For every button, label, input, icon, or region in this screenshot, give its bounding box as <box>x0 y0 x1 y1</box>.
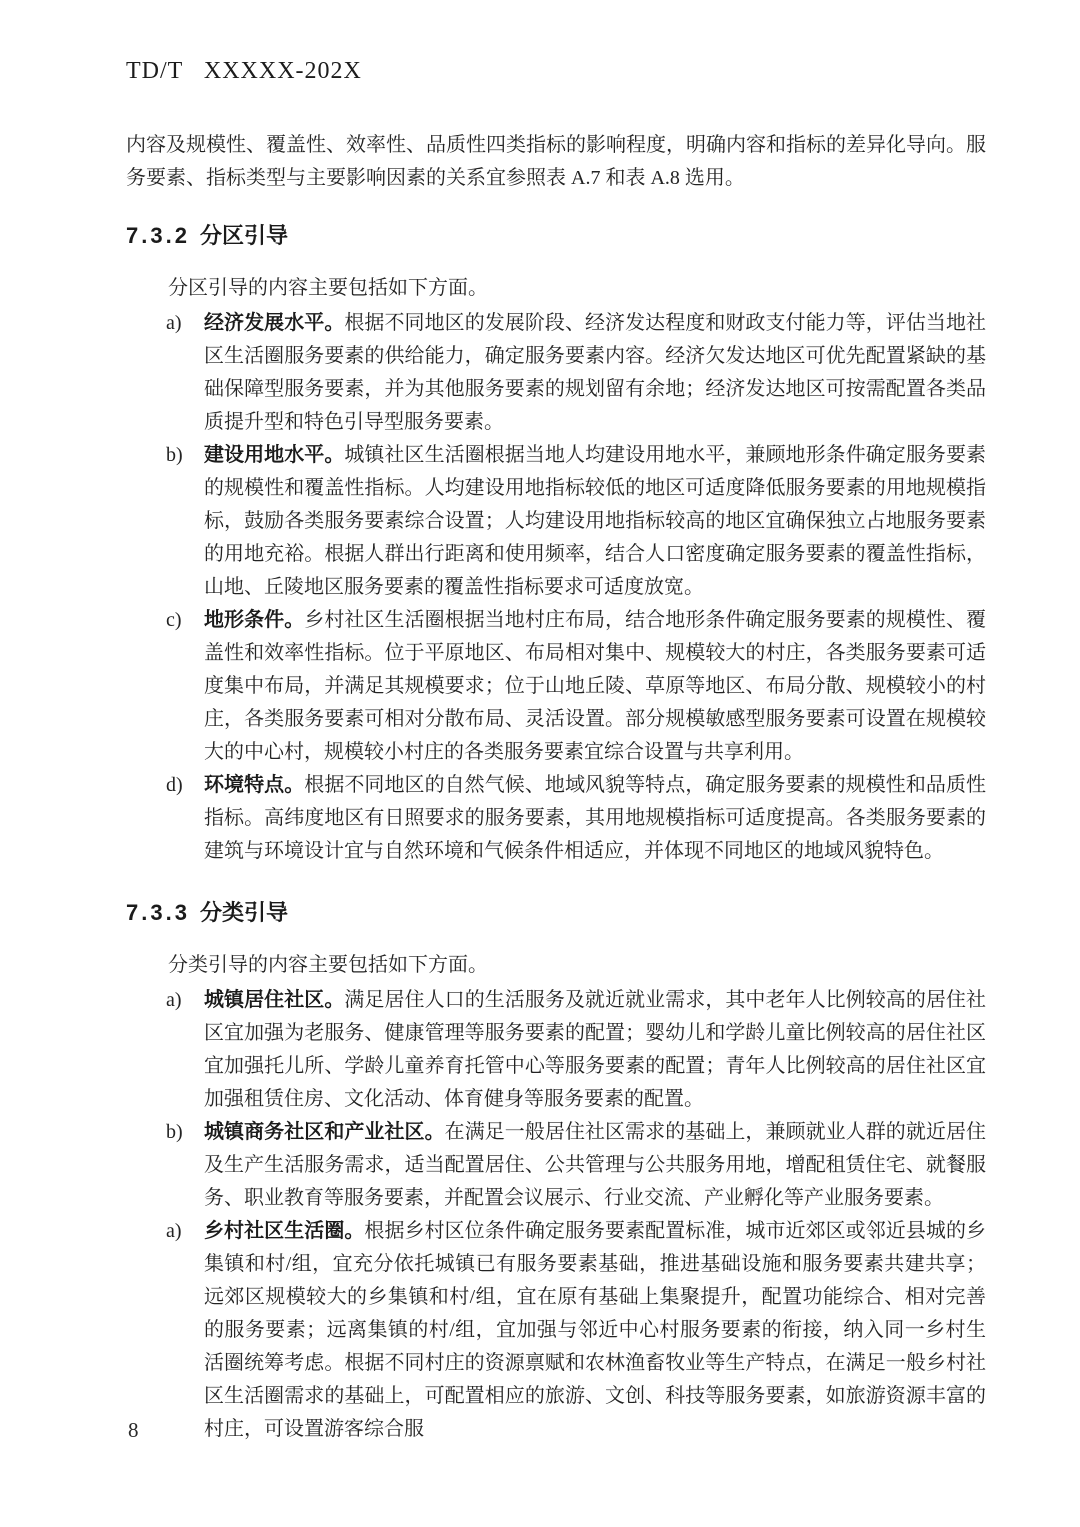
list-item-label: 城镇商务社区和产业社区。 <box>204 1121 445 1143</box>
section-heading-7-3-3: 7.3.3分类引导 <box>126 896 986 927</box>
list-item-content: 环境特点。根据不同地区的自然气候、地域风貌等特点，确定服务要素的规模性和品质性指… <box>204 769 986 868</box>
list-marker: a) <box>166 307 204 439</box>
list-item-text: 城镇社区生活圈根据当地人均建设用地水平，兼顾地形条件确定服务要素的规模性和覆盖性… <box>204 444 986 598</box>
document-code: TD/T XXXXX-202X <box>126 58 986 85</box>
list-item: a) 经济发展水平。根据不同地区的发展阶段、经济发达程度和财政支付能力等，评估当… <box>126 307 986 439</box>
document-page: TD/T XXXXX-202X 内容及规模性、覆盖性、效率性、品质性四类指标的影… <box>0 0 1080 1527</box>
list-item-label: 环境特点。 <box>204 774 304 796</box>
list-item-label: 经济发展水平。 <box>204 312 344 334</box>
list-marker: d) <box>166 769 204 868</box>
list-marker: c) <box>166 604 204 769</box>
section-intro: 分区引导的内容主要包括如下方面。 <box>126 272 986 305</box>
list-item-content: 地形条件。乡村社区生活圈根据当地村庄布局，结合地形条件确定服务要素的规模性、覆盖… <box>204 604 986 769</box>
list-item-content: 建设用地水平。城镇社区生活圈根据当地人均建设用地水平，兼顾地形条件确定服务要素的… <box>204 439 986 604</box>
lead-paragraph: 内容及规模性、覆盖性、效率性、品质性四类指标的影响程度，明确内容和指标的差异化导… <box>126 129 986 195</box>
list-item-label: 乡村社区生活圈。 <box>204 1220 364 1242</box>
list-item-content: 乡村社区生活圈。根据乡村区位条件确定服务要素配置标准，城市近郊区或邻近县城的乡集… <box>204 1215 986 1446</box>
list-item-content: 经济发展水平。根据不同地区的发展阶段、经济发达程度和财政支付能力等，评估当地社区… <box>204 307 986 439</box>
section-title: 分类引导 <box>200 900 288 925</box>
section-heading-7-3-2: 7.3.2分区引导 <box>126 219 986 250</box>
list-marker: b) <box>166 1116 204 1215</box>
list-item: b) 建设用地水平。城镇社区生活圈根据当地人均建设用地水平，兼顾地形条件确定服务… <box>126 439 986 604</box>
section-intro: 分类引导的内容主要包括如下方面。 <box>126 949 986 982</box>
list-item: c) 地形条件。乡村社区生活圈根据当地村庄布局，结合地形条件确定服务要素的规模性… <box>126 604 986 769</box>
section-number: 7.3.2 <box>126 223 190 248</box>
list-item: b) 城镇商务社区和产业社区。在满足一般居住社区需求的基础上，兼顾就业人群的就近… <box>126 1116 986 1215</box>
list-item-text: 根据乡村区位条件确定服务要素配置标准，城市近郊区或邻近县城的乡集镇和村/组，宜充… <box>204 1220 986 1440</box>
list-item: a) 城镇居住社区。满足居住人口的生活服务及就近就业需求，其中老年人比例较高的居… <box>126 984 986 1116</box>
list-item-text: 乡村社区生活圈根据当地村庄布局，结合地形条件确定服务要素的规模性、覆盖性和效率性… <box>204 609 986 763</box>
list-item-content: 城镇商务社区和产业社区。在满足一般居住社区需求的基础上，兼顾就业人群的就近居住及… <box>204 1116 986 1215</box>
list-item-content: 城镇居住社区。满足居住人口的生活服务及就近就业需求，其中老年人比例较高的居住社区… <box>204 984 986 1116</box>
list-marker: a) <box>166 1215 204 1446</box>
list-item: d) 环境特点。根据不同地区的自然气候、地域风貌等特点，确定服务要素的规模性和品… <box>126 769 986 868</box>
list-marker: a) <box>166 984 204 1116</box>
list-item-label: 地形条件。 <box>204 609 304 631</box>
list-item-label: 建设用地水平。 <box>204 444 344 466</box>
list-item: a) 乡村社区生活圈。根据乡村区位条件确定服务要素配置标准，城市近郊区或邻近县城… <box>126 1215 986 1446</box>
list-marker: b) <box>166 439 204 604</box>
page-number: 8 <box>128 1418 139 1443</box>
list-item-label: 城镇居住社区。 <box>204 989 344 1011</box>
section-title: 分区引导 <box>200 223 288 248</box>
section-number: 7.3.3 <box>126 900 190 925</box>
list-item-text: 根据不同地区的自然气候、地域风貌等特点，确定服务要素的规模性和品质性指标。高纬度… <box>204 774 986 862</box>
